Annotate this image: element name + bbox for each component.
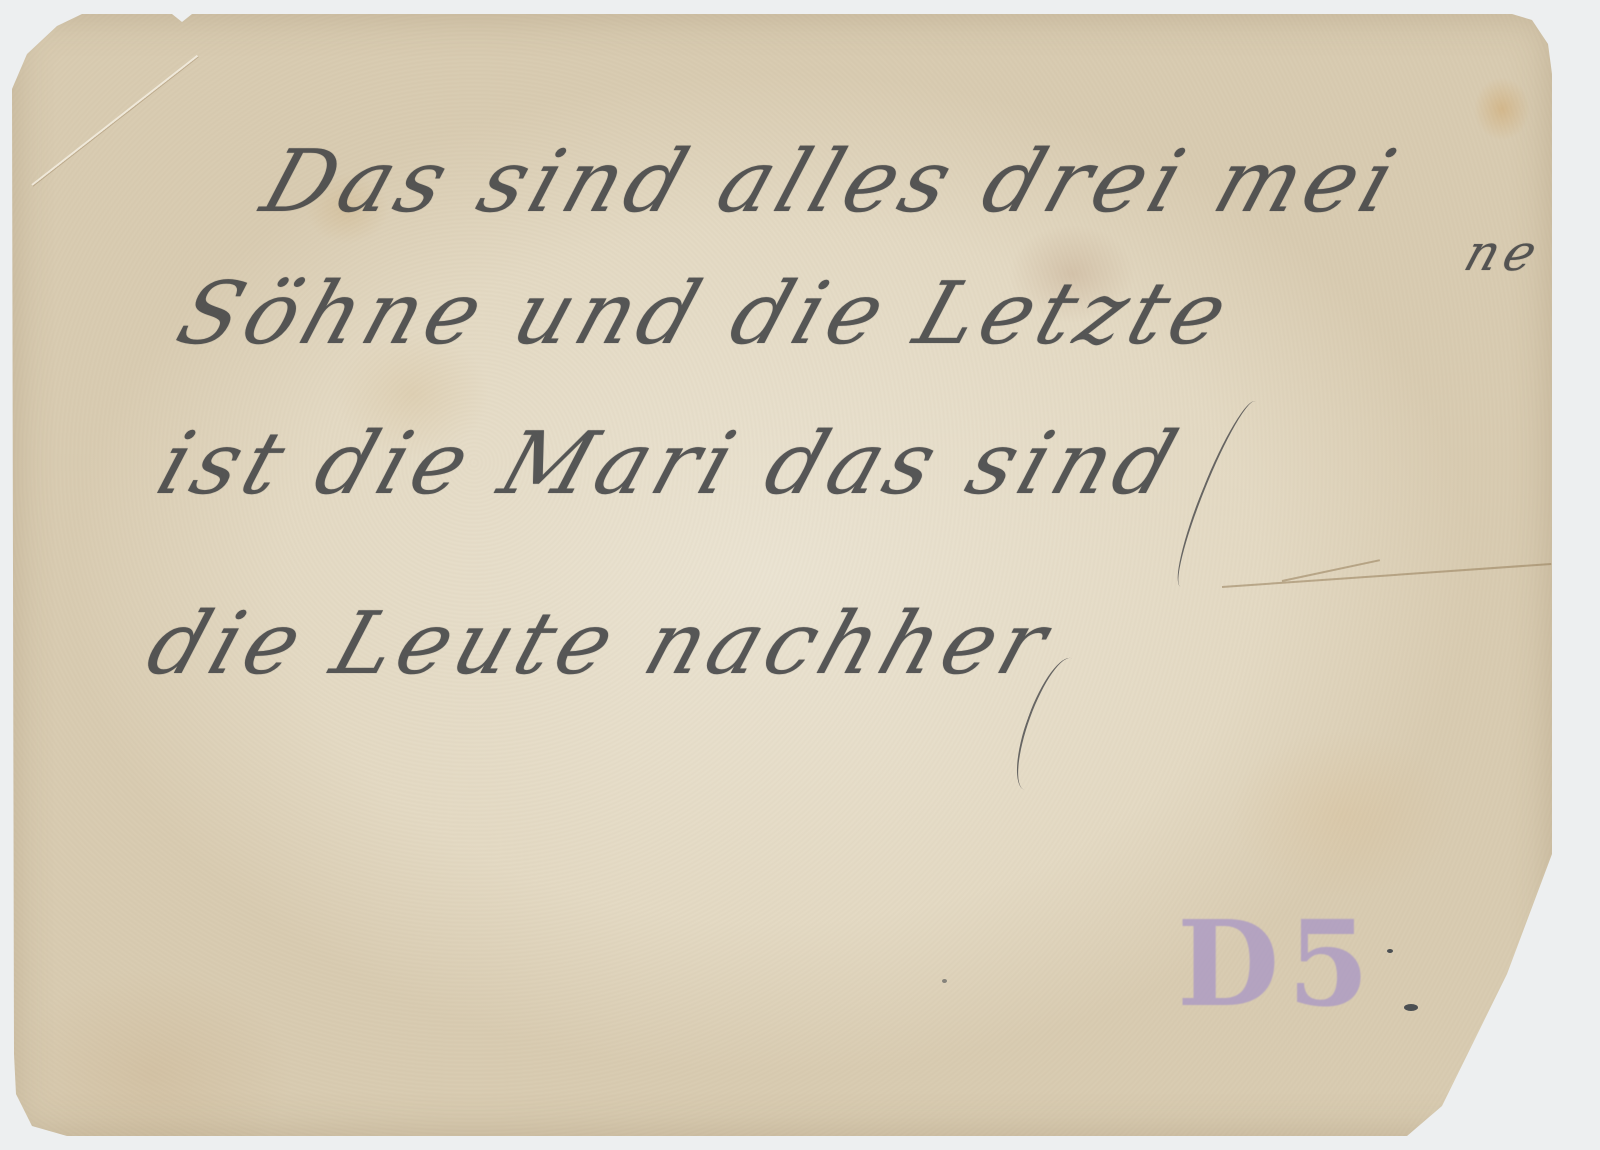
ink-speck — [942, 979, 947, 983]
handwriting-line-2: Söhne und die Letzte — [166, 264, 1245, 364]
handwriting-line-1: Das sind alles drei mei — [251, 132, 1413, 232]
ink-stamp: D5 — [1177, 894, 1377, 1033]
ink-speck — [1387, 949, 1393, 953]
handwriting-line-3: ist die Mari das sind — [146, 414, 1194, 514]
scan-background: Das sind alles drei mei ne Söhne und die… — [0, 0, 1600, 1150]
ink-speck — [1404, 1004, 1418, 1011]
handwriting-line-4: die Leute nachher — [136, 594, 1065, 694]
photo-card-back: Das sind alles drei mei ne Söhne und die… — [12, 14, 1552, 1136]
handwriting-superscript: ne — [1458, 224, 1551, 282]
